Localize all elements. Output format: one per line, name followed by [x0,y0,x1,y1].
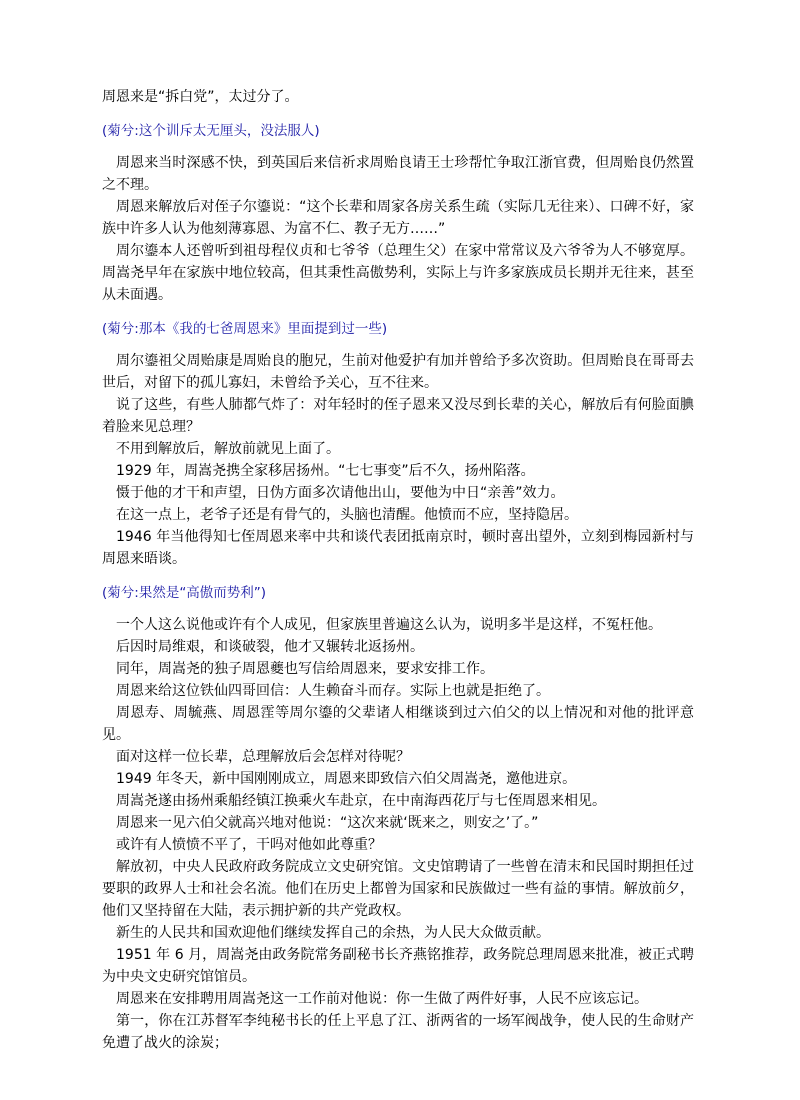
editor-note: (菊兮:果然是“高傲而势利”) [102,582,694,604]
paragraph: 周恩来给这位铁仙四哥回信：人生赖奋斗而存。实际上也就是拒绝了。 [102,680,694,702]
paragraph: 解放初，中央人民政府政务院成立文史研究馆。文史馆聘请了一些曾在清末和民国时期担任… [102,856,694,922]
paragraph: 1929 年，周嵩尧携全家移居扬州。“七七事变”后不久，扬州陷落。 [102,460,694,482]
paragraph: 不用到解放后，解放前就见上面了。 [102,438,694,460]
paragraph: 慑于他的才干和声望，日伪方面多次请他出山，要他为中日“亲善”效力。 [102,482,694,504]
paragraph: 新生的人民共和国欢迎他们继续发挥自己的余热，为人民大众做贡献。 [102,922,694,944]
paragraph: 1949 年冬天，新中国刚刚成立，周恩来即致信六伯父周嵩尧，邀他进京。 [102,768,694,790]
document-page: 周恩来是“拆白党”，太过分了。 (菊兮:这个训斥太无厘头，没法服人) 周恩来当时… [102,86,694,1054]
paragraph: 或许有人愤愤不平了，干吗对他如此尊重？ [102,834,694,856]
paragraph: 1946 年当他得知七侄周恩来率中共和谈代表团抵南京时，顿时喜出望外，立刻到梅园… [102,526,694,570]
paragraph: 1951 年 6 月，周嵩尧由政务院常务副秘书长齐燕铭推荐，政务院总理周恩来批准… [102,944,694,988]
paragraph: 说了这些，有些人肺都气炸了：对年轻时的侄子恩来又没尽到长辈的关心，解放后有何脸面… [102,394,694,438]
editor-note: (菊兮:那本《我的七爸周恩来》里面提到过一些) [102,318,694,340]
paragraph: 周恩来是“拆白党”，太过分了。 [102,86,694,108]
paragraph: 周嵩尧遂由扬州乘船经镇江换乘火车赴京，在中南海西花厅与七侄周恩来相见。 [102,790,694,812]
paragraph: 第一，你在江苏督军李纯秘书长的任上平息了江、浙两省的一场军阀战争，使人民的生命财… [102,1010,694,1054]
paragraph: 后因时局维艰，和谈破裂，他才又辗转北返扬州。 [102,636,694,658]
paragraph: 周恩来当时深感不快，到英国后来信祈求周贻良请王士珍帮忙争取江浙官费，但周贻良仍然… [102,152,694,196]
paragraph: 周尔鎏本人还曾听到祖母程仪贞和七爷爷（总理生父）在家中常常议及六爷爷为人不够宽厚… [102,240,694,306]
paragraph: 周恩寿、周毓燕、周恩霔等周尔鎏的父辈诸人相继谈到过六伯父的以上情况和对他的批评意… [102,702,694,746]
paragraph: 周恩来解放后对侄子尔鎏说：“这个长辈和周家各房关系生疏（实际几无往来）、口碑不好… [102,196,694,240]
paragraph: 一个人这么说他或许有个人成见，但家族里普遍这么认为，说明多半是这样，不冤枉他。 [102,614,694,636]
paragraph: 在这一点上，老爷子还是有骨气的，头脑也清醒。他愤而不应，坚持隐居。 [102,504,694,526]
paragraph: 周恩来在安排聘用周嵩尧这一工作前对他说：你一生做了两件好事，人民不应该忘记。 [102,988,694,1010]
paragraph: 面对这样一位长辈，总理解放后会怎样对待呢？ [102,746,694,768]
editor-note: (菊兮:这个训斥太无厘头，没法服人) [102,120,694,142]
paragraph: 周尔鎏祖父周贻康是周贻良的胞兄，生前对他爱护有加并曾给予多次资助。但周贻良在哥哥… [102,350,694,394]
paragraph: 周恩来一见六伯父就高兴地对他说：“这次来就‘既来之，则安之’了。” [102,812,694,834]
paragraph: 同年，周嵩尧的独子周恩夔也写信给周恩来，要求安排工作。 [102,658,694,680]
